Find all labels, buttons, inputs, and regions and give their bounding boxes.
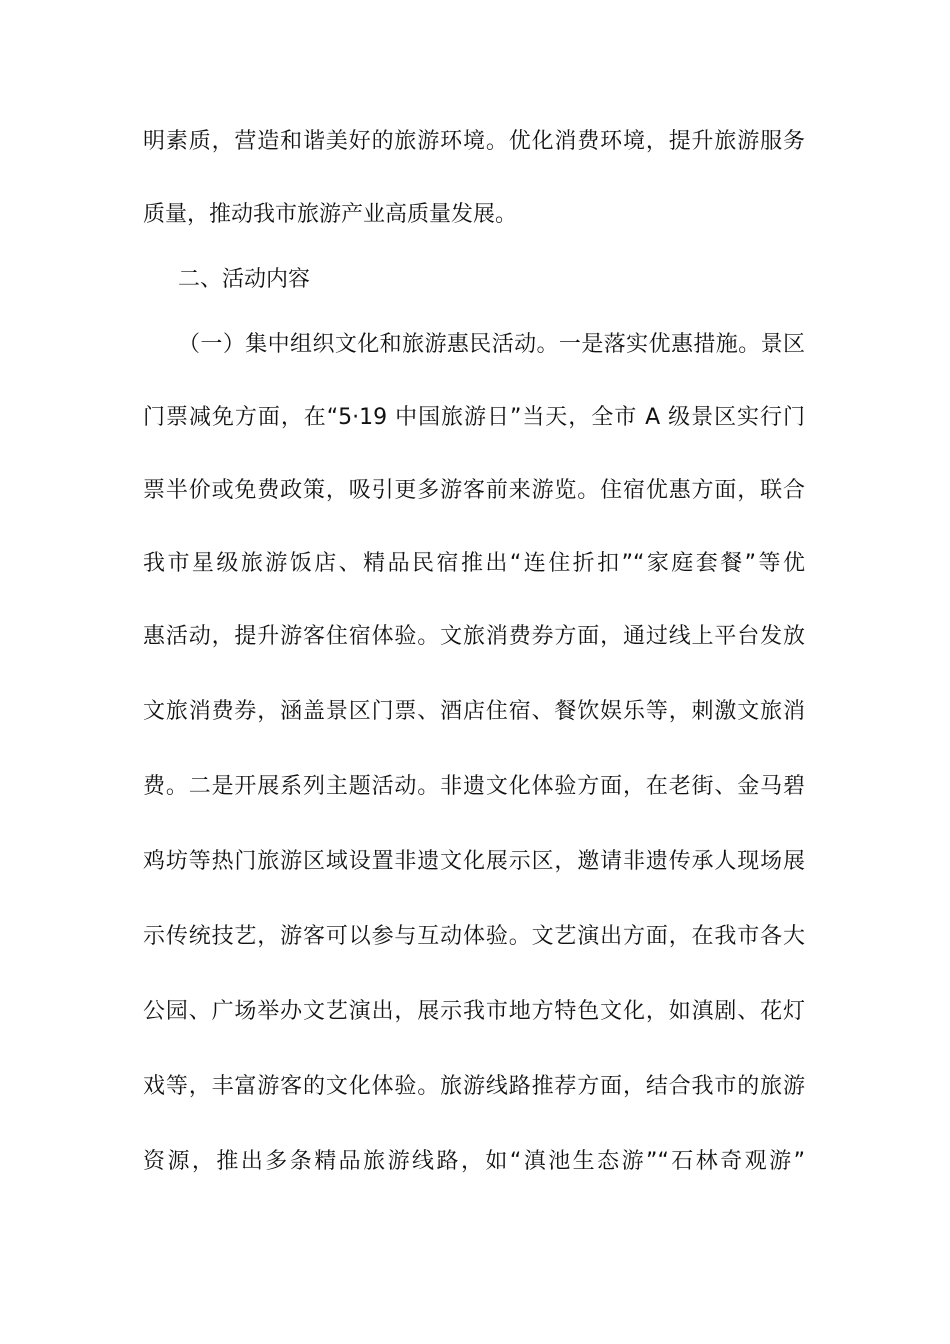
- section-heading: 二、活动内容: [178, 265, 805, 295]
- paragraph-line: 戏等，丰富游客的文化体验。旅游线路推荐方面，结合我市的旅游: [143, 1072, 805, 1102]
- paragraph-line: 资源，推出多条精品旅游线路，如“滇池生态游”“石林奇观游”: [143, 1147, 805, 1177]
- document-page: 明素质，营造和谐美好的旅游环境。优化消费环境，提升旅游服务 质量，推动我市旅游产…: [0, 0, 950, 1344]
- paragraph-line: 费。二是开展系列主题活动。非遗文化体验方面，在老街、金马碧: [143, 772, 805, 802]
- paragraph-line: 惠活动，提升游客住宿体验。文旅消费券方面，通过线上平台发放: [143, 622, 805, 652]
- paragraph-line: 明素质，营造和谐美好的旅游环境。优化消费环境，提升旅游服务: [143, 127, 805, 157]
- paragraph-line: （一）集中组织文化和旅游惠民活动。一是落实优惠措施。景区: [178, 330, 805, 360]
- paragraph-line: 文旅消费券，涵盖景区门票、酒店住宿、餐饮娱乐等，刺激文旅消: [143, 697, 805, 727]
- paragraph-line: 质量，推动我市旅游产业高质量发展。: [143, 200, 805, 230]
- paragraph-line: 票半价或免费政策，吸引更多游客前来游览。住宿优惠方面，联合: [143, 476, 805, 506]
- paragraph-line: 公园、广场举办文艺演出，展示我市地方特色文化，如滇剧、花灯: [143, 997, 805, 1027]
- paragraph-line: 示传统技艺，游客可以参与互动体验。文艺演出方面，在我市各大: [143, 922, 805, 952]
- paragraph-line: 鸡坊等热门旅游区域设置非遗文化展示区，邀请非遗传承人现场展: [143, 847, 805, 877]
- paragraph-line: 我市星级旅游饭店、精品民宿推出“连住折扣”“家庭套餐”等优: [143, 549, 805, 579]
- paragraph-line: 门票减免方面，在“5·19 中国旅游日”当天，全市 A 级景区实行门: [143, 403, 805, 433]
